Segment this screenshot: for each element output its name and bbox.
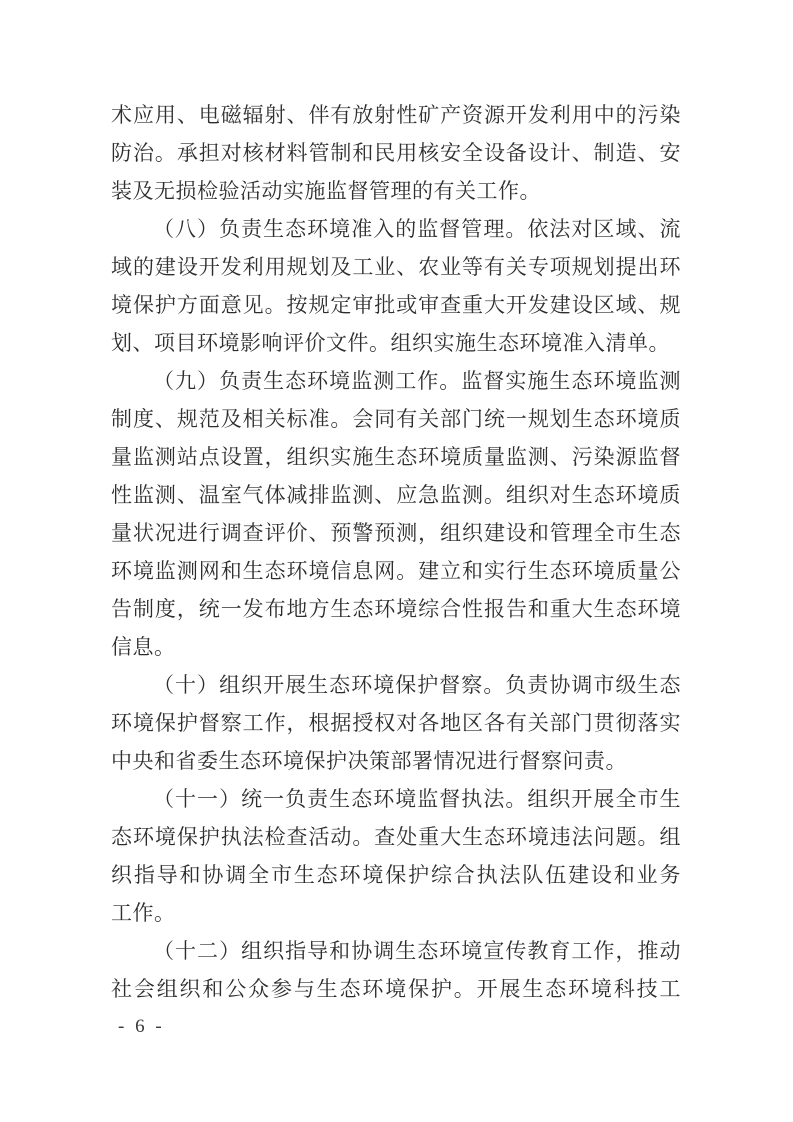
text-line: 量监测站点设置，组织实施生态环境质量监测、污染源监督 [111,438,681,476]
document-page: 术应用、电磁辐射、伴有放射性矿产资源开发利用中的污染防治。承担对核材料管制和民用… [0,0,793,1122]
text-line: 术应用、电磁辐射、伴有放射性矿产资源开发利用中的污染 [111,96,681,134]
text-line: 环境监测网和生态环境信息网。建立和实行生态环境质量公 [111,552,681,590]
text-line: 量状况进行调查评价、预警预测，组织建设和管理全市生态 [111,514,681,552]
text-line: 中央和省委生态环境保护决策部署情况进行督察问责。 [111,742,681,780]
text-line: 境保护方面意见。按规定审批或审查重大开发建设区域、规 [111,286,681,324]
text-line: 告制度，统一发布地方生态环境综合性报告和重大生态环境 [111,590,681,628]
text-line: 防治。承担对核材料管制和民用核安全设备设计、制造、安 [111,134,681,172]
text-line: 域的建设开发利用规划及工业、农业等有关专项规划提出环 [111,248,681,286]
text-line: 社会组织和公众参与生态环境保护。开展生态环境科技工 [111,970,681,1008]
text-line: 织指导和协调全市生态环境保护综合执法队伍建设和业务 [111,856,681,894]
text-line: （九）负责生态环境监测工作。监督实施生态环境监测 [111,362,681,400]
text-line: （八）负责生态环境准入的监督管理。依法对区域、流 [111,210,681,248]
text-line: （十）组织开展生态环境保护督察。负责协调市级生态 [111,666,681,704]
text-line: （十一）统一负责生态环境监督执法。组织开展全市生 [111,780,681,818]
text-line: 制度、规范及相关标准。会同有关部门统一规划生态环境质 [111,400,681,438]
text-line: 性监测、温室气体减排监测、应急监测。组织对生态环境质 [111,476,681,514]
text-line: 环境保护督察工作，根据授权对各地区各有关部门贯彻落实 [111,704,681,742]
text-line: 信息。 [111,628,681,666]
text-line: 态环境保护执法检查活动。查处重大生态环境违法问题。组 [111,818,681,856]
text-line: 工作。 [111,894,681,932]
page-number: - 6 - [118,1013,165,1041]
document-body: 术应用、电磁辐射、伴有放射性矿产资源开发利用中的污染防治。承担对核材料管制和民用… [111,96,681,1008]
text-line: 划、项目环境影响评价文件。组织实施生态环境准入清单。 [111,324,681,362]
text-line: （十二）组织指导和协调生态环境宣传教育工作，推动 [111,932,681,970]
text-line: 装及无损检验活动实施监督管理的有关工作。 [111,172,681,210]
